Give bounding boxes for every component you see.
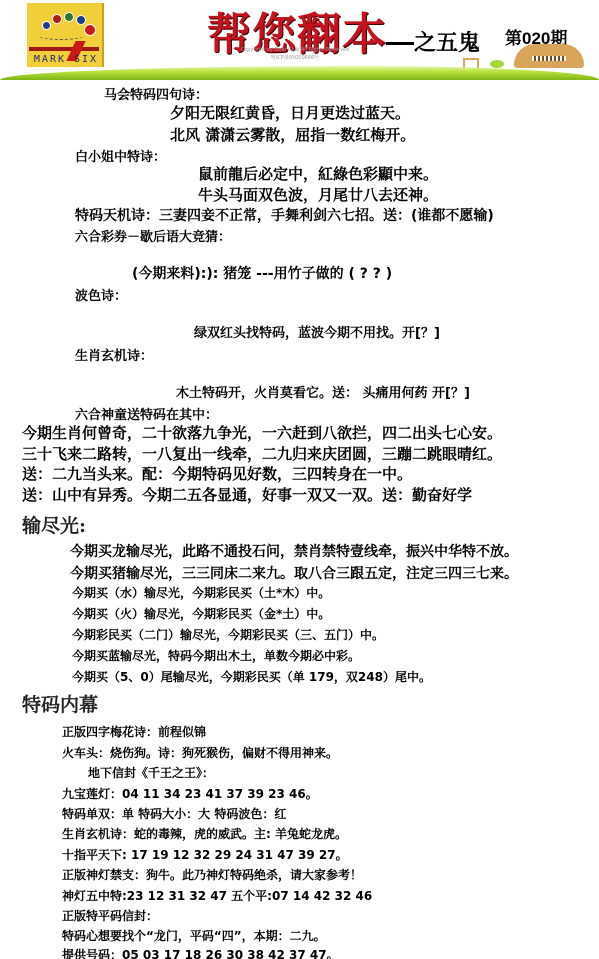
insider-line: 正版神灯禁支：狗牛。此乃神灯特码绝杀，请大家参考！ xyxy=(62,866,362,883)
lose-line: 今期买猪输尽光，三三同床二来九。取八合三跟五定，注定三四三七来。 xyxy=(70,563,518,583)
child-line: 送：二九当头来。配：今期特码见好数，三四转身在一中。 xyxy=(22,463,412,484)
section-heading: 输尽光: xyxy=(22,511,86,538)
zodiac-text: 木土特码开，火肖莫看它。送： 头痛用何药 开[？] xyxy=(176,382,470,401)
copyright-line: Copyright by Dear Club All Rights Reserv… xyxy=(205,46,385,54)
insider-line: 神灯五中特:23 12 31 32 47 五个平:07 14 42 32 46 xyxy=(62,887,372,904)
mark-six-logo: MARK SIX xyxy=(27,3,104,67)
bush-decoration xyxy=(490,60,504,68)
insider-line: 正版四字梅花诗：前程似锦 xyxy=(62,723,206,740)
logo-bar xyxy=(29,47,99,51)
mascot-decoration xyxy=(514,44,584,68)
lose-line: 今期买（水）输尽光，今期彩民买（土*木）中。 xyxy=(72,584,330,601)
child-line: 送：山中有异秀。今期二五各显通，好事一双又一双。送：勤奋好学 xyxy=(22,484,472,505)
poem-line: 北风 潇潇云雾散，屈指一数红梅开。 xyxy=(170,124,415,145)
section-title: 波色诗： xyxy=(75,285,127,304)
poem-line: 鼠前龍后必定中，紅綠色彩顯中来。 xyxy=(198,163,438,184)
ball-icon xyxy=(77,16,85,24)
lose-line: 今期买龙输尽光，此路不通投石问，禁肖禁特壹线牵，振兴中华特不放。 xyxy=(70,541,518,561)
insider-line: 地下信封《千王之王》： xyxy=(88,764,214,781)
ball-icon xyxy=(53,15,61,23)
insider-line: 特码心想要找个“龙门，平码“四”，本期：二九。 xyxy=(62,927,326,944)
ball-icon xyxy=(43,22,50,29)
tianji-poem: 特码天机诗：三妻四妾不正常，手舞利剑六七招。送：(谁都不愿输) xyxy=(75,205,494,225)
ball-icon xyxy=(85,25,95,35)
poem-line: 夕阳无限红黄昏，日月更迭过蓝天。 xyxy=(170,102,410,123)
section-title: 白小姐中特诗： xyxy=(75,146,166,165)
section-title: 马会特码四句诗： xyxy=(104,84,208,103)
dash-divider xyxy=(386,42,414,45)
section-title: 六合神童送特码在其中： xyxy=(75,404,218,423)
wave-text: 绿双红头找特码，蓝波今期不用找。开[？] xyxy=(194,322,440,341)
arc-decoration xyxy=(37,31,85,40)
section-heading: 特码内幕 xyxy=(22,690,98,717)
lose-line: 今期买蓝输尽光，特码今期出木土，单数今期必中彩。 xyxy=(72,647,360,664)
page-subtitle: 之五鬼 xyxy=(414,26,480,57)
ball-icon xyxy=(65,13,73,21)
insider-line: 正版特平码信封： xyxy=(62,907,158,924)
section-title: 六合彩券－歇后语大竞猜： xyxy=(75,226,231,245)
lose-line: 今期买（5、0）尾输尽光，今期彩民买（单 179，双248）尾中。 xyxy=(72,668,431,685)
insider-line: 火车头：烧伤狗。诗：狗死猴伤，偏财不得用神来。 xyxy=(62,744,338,761)
insider-line: 特码单双：单 特码大小：大 特码波色：红 xyxy=(62,805,286,822)
grass-banner xyxy=(0,66,599,80)
lose-line: 今期买（火）输尽光，今期彩民买（金*土）中。 xyxy=(72,605,330,622)
child-line: 三十飞来二路转，一八复出一线牵，二九归来庆团圆，三蹦二跳眼晴红。 xyxy=(22,443,502,464)
lose-line: 今期彩民买（二门）输尽光，今期彩民买（三、五门）中。 xyxy=(72,626,384,643)
logo-text: MARK SIX xyxy=(31,54,101,65)
insider-line: 九宝莲灯：04 11 34 23 41 37 39 23 46。 xyxy=(62,785,318,802)
insider-line: 十指平天下: 17 19 12 32 29 24 31 47 39 27。 xyxy=(62,846,348,863)
copyright: Copyright by Dear Club All Rights Reserv… xyxy=(205,46,385,62)
riddle-text: (今期来料):): 猪笼 ---用竹子做的 ( ? ? ) xyxy=(132,263,392,283)
insider-line: 生肖玄机诗：蛇的毒辣，虎的威武。主: 羊兔蛇龙虎。 xyxy=(62,825,347,842)
child-line: 今期生肖何曾奇，二十欲落九争光，一六赶到八欲拦，四二出头七心安。 xyxy=(22,422,502,443)
icp-line: 粤ICP备05000666号 xyxy=(205,54,385,62)
insider-line: 提供号码：05 03 17 18 26 30 38 42 37 47。 xyxy=(62,946,339,959)
page-header: MARK SIX 帮您翻本 Copyright by Dear Club All… xyxy=(0,0,599,82)
section-title: 生肖玄机诗： xyxy=(75,345,153,364)
poem-line: 牛头马面双色波，月尾廿八去还神。 xyxy=(198,184,438,205)
